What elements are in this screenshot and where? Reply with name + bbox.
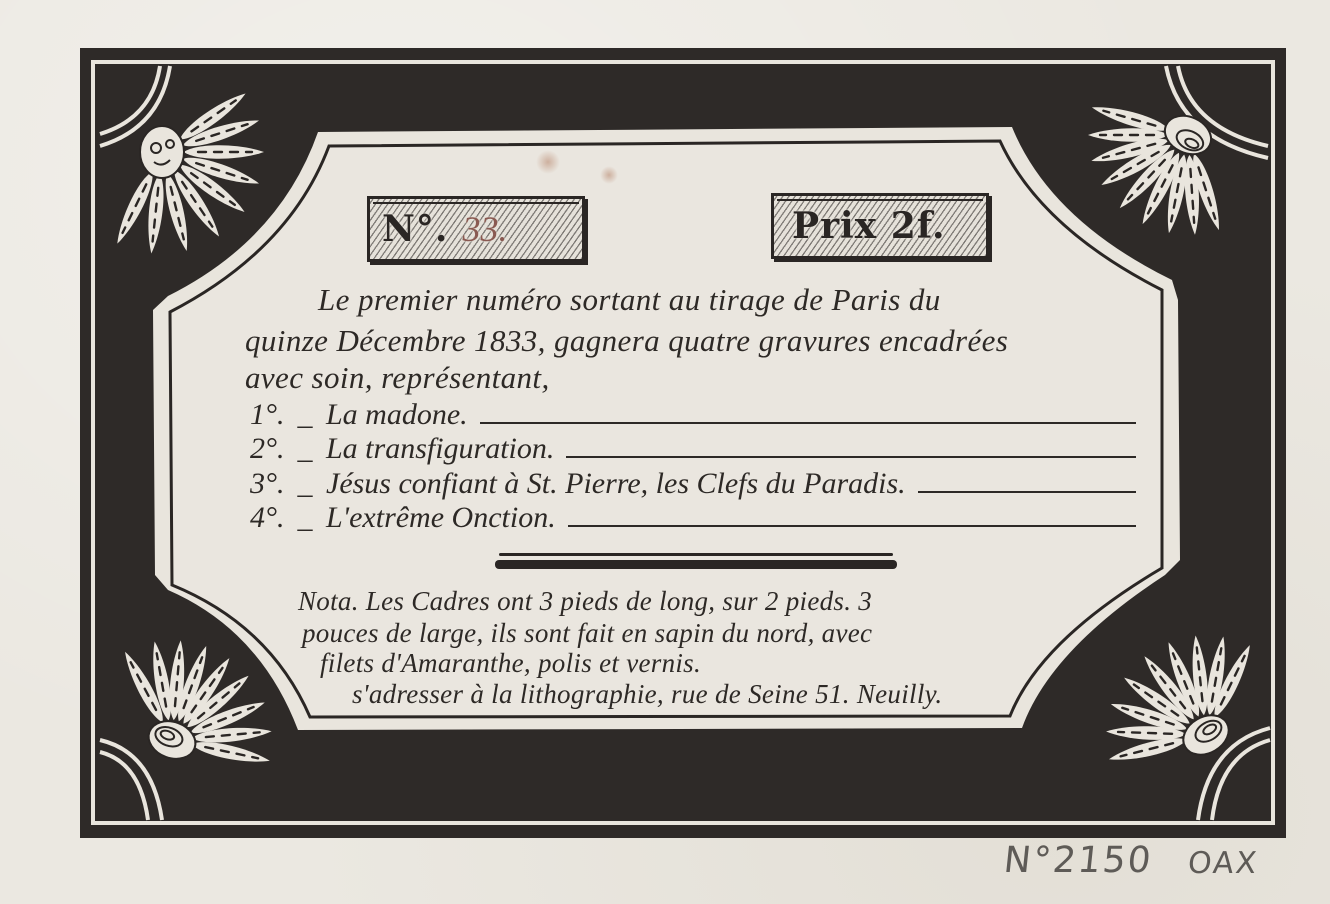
item-number: 2°. — [250, 432, 284, 466]
item-number: 1°. — [250, 398, 284, 432]
paper-stain — [536, 150, 560, 174]
pencil-annotation-code: OAX — [1186, 846, 1260, 881]
body-line-1: Le premier numéro sortant au tirage de P… — [318, 282, 941, 318]
pencil-annotation-number: N°2150 — [1002, 840, 1155, 881]
nota-line-4: s'adresser à la lithographie, rue de Sei… — [352, 679, 942, 710]
list-item: 4°. _ L'extrême Onction. — [250, 503, 1136, 535]
divider-thick — [495, 560, 897, 569]
ticket-number-value: 33. — [462, 208, 507, 250]
price-box: Prix 2f. — [771, 193, 989, 259]
item-title: L'extrême Onction. — [326, 501, 556, 535]
item-dash: _ — [284, 398, 326, 432]
fill-rule — [566, 456, 1136, 458]
item-dash: _ — [284, 501, 326, 535]
ticket-number-box: N°. 33. — [367, 196, 585, 262]
fill-rule — [918, 491, 1136, 493]
price-label: Prix 2f. — [792, 205, 946, 247]
item-title: La madone. — [326, 398, 468, 432]
item-title: Jésus confiant à St. Pierre, les Clefs d… — [326, 467, 906, 501]
item-dash: _ — [284, 467, 326, 501]
nota-line-2: pouces de large, ils sont fait en sapin … — [302, 618, 872, 649]
divider-thin — [499, 553, 893, 556]
ticket-number-label: N°. — [382, 208, 448, 250]
body-line-2: quinze Décembre 1833, gagnera quatre gra… — [245, 323, 1008, 359]
list-item: 2°. _ La transfiguration. — [250, 434, 1136, 466]
item-number: 3°. — [250, 467, 284, 501]
body-line-3: avec soin, représentant, — [245, 360, 550, 396]
nota-line-3: filets d'Amaranthe, polis et vernis. — [320, 648, 701, 679]
item-title: La transfiguration. — [326, 432, 554, 466]
item-number: 4°. — [250, 501, 284, 535]
list-item: 1°. _ La madone. — [250, 400, 1136, 432]
item-dash: _ — [284, 432, 326, 466]
fill-rule — [480, 422, 1136, 424]
nota-line-1: Nota. Les Cadres ont 3 pieds de long, su… — [298, 586, 872, 617]
list-item: 3°. _ Jésus confiant à St. Pierre, les C… — [250, 469, 1136, 501]
fill-rule — [568, 525, 1136, 527]
paper-stain — [600, 166, 618, 184]
